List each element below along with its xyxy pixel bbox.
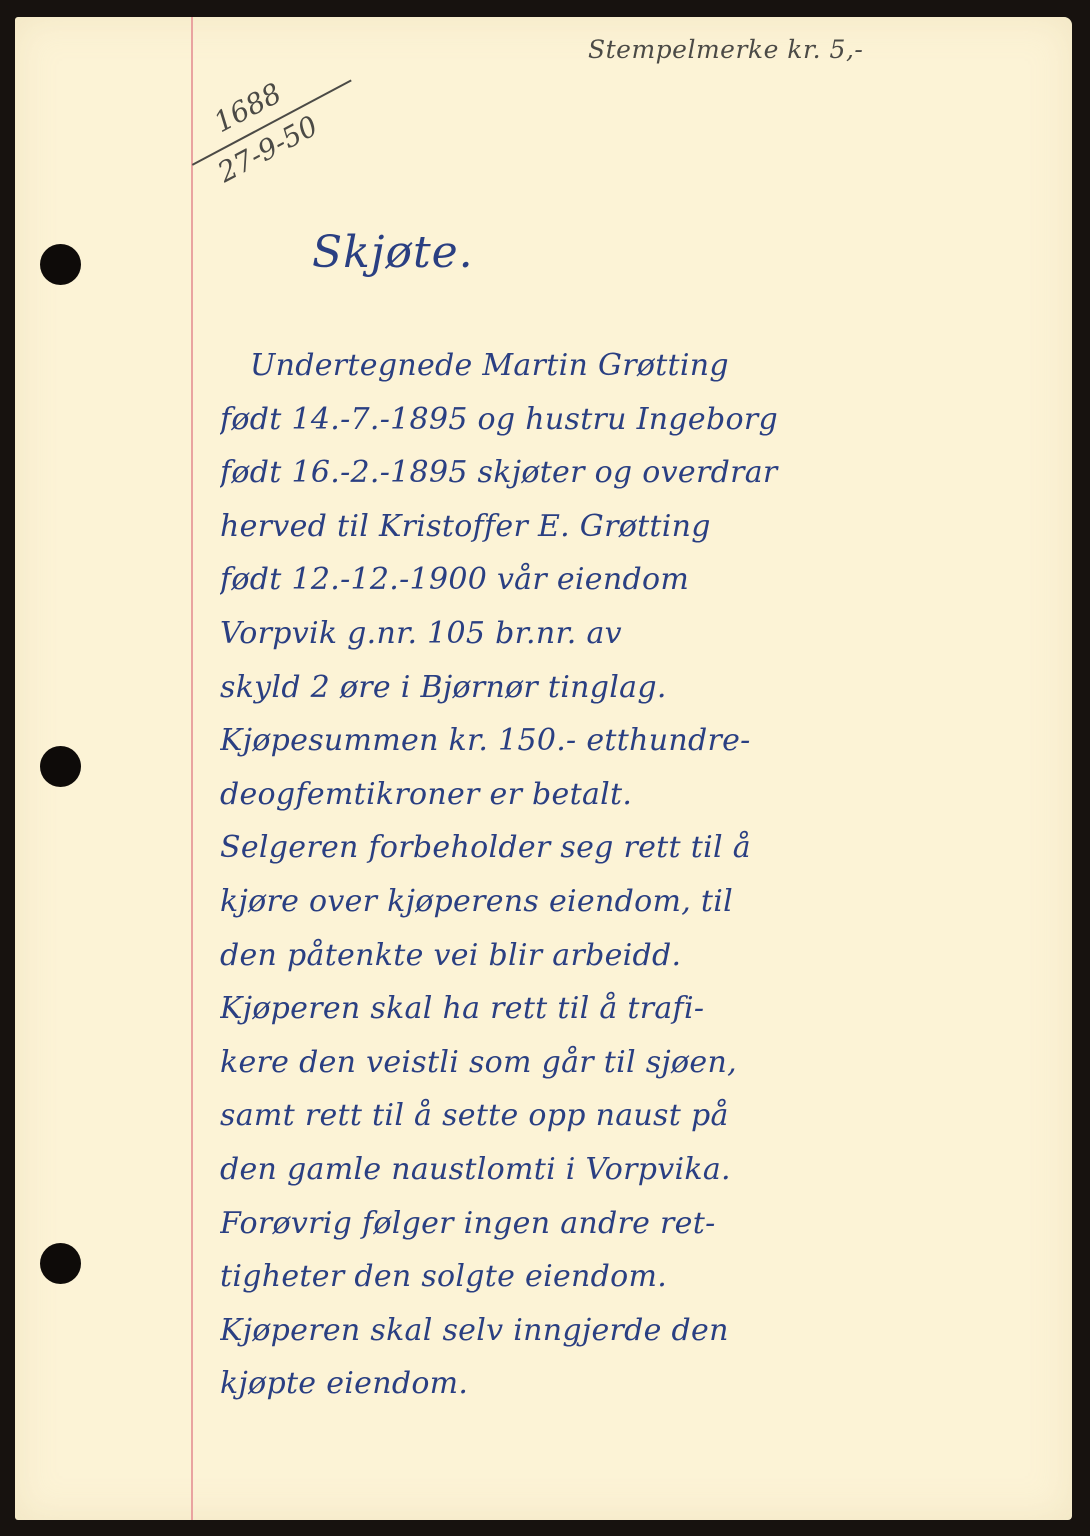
body-line: Vorpvik g.nr. 105 br.nr. av [220,607,1060,661]
deed-body: Undertegnede Martin Grøtting født 14.-7.… [220,339,1060,1411]
body-line: født 16.-2.-1895 skjøter og overdrar [220,446,1060,500]
body-line: skyld 2 øre i Bjørnør tinglag. [220,661,1060,715]
body-line: kjøpte eiendom. [220,1357,1060,1411]
body-line: Forøvrig følger ingen andre ret- [220,1197,1060,1251]
body-line: deogfemtikroner er betalt. [220,768,1060,822]
body-line: Kjøperen skal selv inngjerde den [220,1304,1060,1358]
body-line: herved til Kristoffer E. Grøtting [220,500,1060,554]
body-line: samt rett til å sette opp naust på [220,1089,1060,1143]
punch-hole-top [40,244,81,285]
body-line: Kjøpesummen kr. 150.- etthundre- [220,714,1060,768]
document-title: Skjøte. [312,227,474,278]
body-line: født 12.-12.-1900 vår eiendom [220,553,1060,607]
red-margin-line [191,17,193,1520]
stamp-fee-note: Stempelmerke kr. 5,- [588,35,863,64]
body-line: kjøre over kjøperens eiendom, til [220,875,1060,929]
body-line: den gamle naustlomti i Vorpvika. [220,1143,1060,1197]
body-line: kere den veistli som går til sjøen, [220,1036,1060,1090]
filing-annotation: 1688 27-9-50 [154,9,379,217]
punch-hole-middle [40,746,81,787]
body-line: Undertegnede Martin Grøtting [220,339,1060,393]
document-page: Stempelmerke kr. 5,- 1688 27-9-50 Skjøte… [15,17,1072,1520]
punch-hole-bottom [40,1243,81,1284]
body-line: født 14.-7.-1895 og hustru Ingeborg [220,393,1060,447]
body-line: den påtenkte vei blir arbeidd. [220,929,1060,983]
body-line: Selgeren forbeholder seg rett til å [220,821,1060,875]
body-line: Kjøperen skal ha rett til å trafi- [220,982,1060,1036]
body-line: tigheter den solgte eiendom. [220,1250,1060,1304]
